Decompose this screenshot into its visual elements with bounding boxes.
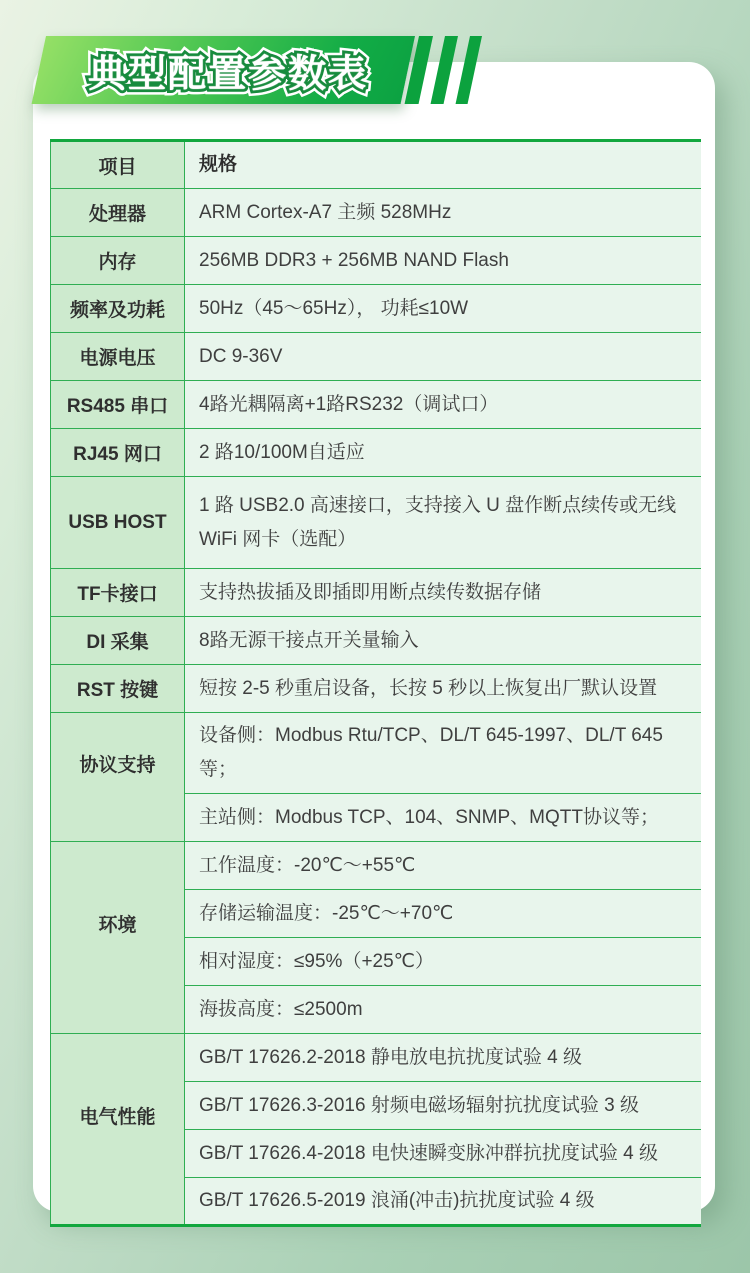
row-value: 工作温度：-20℃～+55℃	[185, 842, 701, 890]
page-title-text: 典型配置参数表	[88, 43, 368, 98]
header-item: 项目	[51, 141, 185, 189]
row-value: 8路无源干接点开关量输入	[185, 617, 701, 665]
table-row: 内存 256MB DDR3 + 256MB NAND Flash	[51, 237, 701, 285]
table-row: TF卡接口 支持热拔插及即插即用断点续传数据存储	[51, 569, 701, 617]
row-value: GB/T 17626.3-2016 射频电磁场辐射抗扰度试验 3 级	[185, 1082, 701, 1130]
row-label: 电源电压	[51, 333, 185, 381]
row-value: GB/T 17626.4-2018 电快速瞬变脉冲群抗扰度试验 4 级	[185, 1130, 701, 1178]
row-label: RS485 串口	[51, 381, 185, 429]
row-value: 海拔高度：≤2500m	[185, 986, 701, 1034]
row-value: 支持热拔插及即插即用断点续传数据存储	[185, 569, 701, 617]
row-value: 4路光耦隔离+1路RS232（调试口）	[185, 381, 701, 429]
table-row: 电气性能 GB/T 17626.2-2018 静电放电抗扰度试验 4 级	[51, 1034, 701, 1082]
row-value: GB/T 17626.5-2019 浪涌(冲击)抗扰度试验 4 级	[185, 1178, 701, 1226]
row-value: 相对湿度：≤95%（+25℃）	[185, 938, 701, 986]
title-banner: 典型配置参数表 典型配置参数表 典型配置参数表	[46, 36, 415, 104]
row-label: 环境	[51, 842, 185, 1034]
row-value: 256MB DDR3 + 256MB NAND Flash	[185, 237, 701, 285]
table-row: 处理器 ARM Cortex-A7 主频 528MHz	[51, 189, 701, 237]
row-value: 1 路 USB2.0 高速接口，支持接入 U 盘作断点续传或无线 WiFi 网卡…	[185, 477, 701, 569]
table-row: 协议支持 设备侧：Modbus Rtu/TCP、DL/T 645-1997、DL…	[51, 713, 701, 794]
spec-table: 项目 规格 处理器 ARM Cortex-A7 主频 528MHz 内存 256…	[50, 139, 701, 1227]
table-row: 环境 工作温度：-20℃～+55℃	[51, 842, 701, 890]
row-label: 电气性能	[51, 1034, 185, 1226]
row-value: GB/T 17626.2-2018 静电放电抗扰度试验 4 级	[185, 1034, 701, 1082]
row-value: 50Hz（45～65Hz）， 功耗≤10W	[185, 285, 701, 333]
row-value: 存储运输温度：-25℃～+70℃	[185, 890, 701, 938]
table-row: 电源电压 DC 9-36V	[51, 333, 701, 381]
table-row: RJ45 网口 2 路10/100M自适应	[51, 429, 701, 477]
header-spec: 规格	[185, 141, 701, 189]
row-value: 2 路10/100M自适应	[185, 429, 701, 477]
row-label: 处理器	[51, 189, 185, 237]
row-value: 主站侧：Modbus TCP、104、SNMP、MQTT协议等；	[185, 794, 701, 842]
row-label: 协议支持	[51, 713, 185, 842]
table-row: RST 按键 短按 2-5 秒重启设备，长按 5 秒以上恢复出厂默认设置	[51, 665, 701, 713]
row-value: ARM Cortex-A7 主频 528MHz	[185, 189, 701, 237]
row-value: DC 9-36V	[185, 333, 701, 381]
row-value: 设备侧：Modbus Rtu/TCP、DL/T 645-1997、DL/T 64…	[185, 713, 701, 794]
table-header-row: 项目 规格	[51, 141, 701, 189]
row-label: RST 按键	[51, 665, 185, 713]
row-label: USB HOST	[51, 477, 185, 569]
row-value: 短按 2-5 秒重启设备，长按 5 秒以上恢复出厂默认设置	[185, 665, 701, 713]
row-label: 内存	[51, 237, 185, 285]
table-row: 频率及功耗 50Hz（45～65Hz）， 功耗≤10W	[51, 285, 701, 333]
table-row: DI 采集 8路无源干接点开关量输入	[51, 617, 701, 665]
row-label: TF卡接口	[51, 569, 185, 617]
spec-card: 项目 规格 处理器 ARM Cortex-A7 主频 528MHz 内存 256…	[33, 62, 715, 1212]
table-row: RS485 串口 4路光耦隔离+1路RS232（调试口）	[51, 381, 701, 429]
row-label: DI 采集	[51, 617, 185, 665]
row-label: 频率及功耗	[51, 285, 185, 333]
table-row: USB HOST 1 路 USB2.0 高速接口，支持接入 U 盘作断点续传或无…	[51, 477, 701, 569]
row-label: RJ45 网口	[51, 429, 185, 477]
